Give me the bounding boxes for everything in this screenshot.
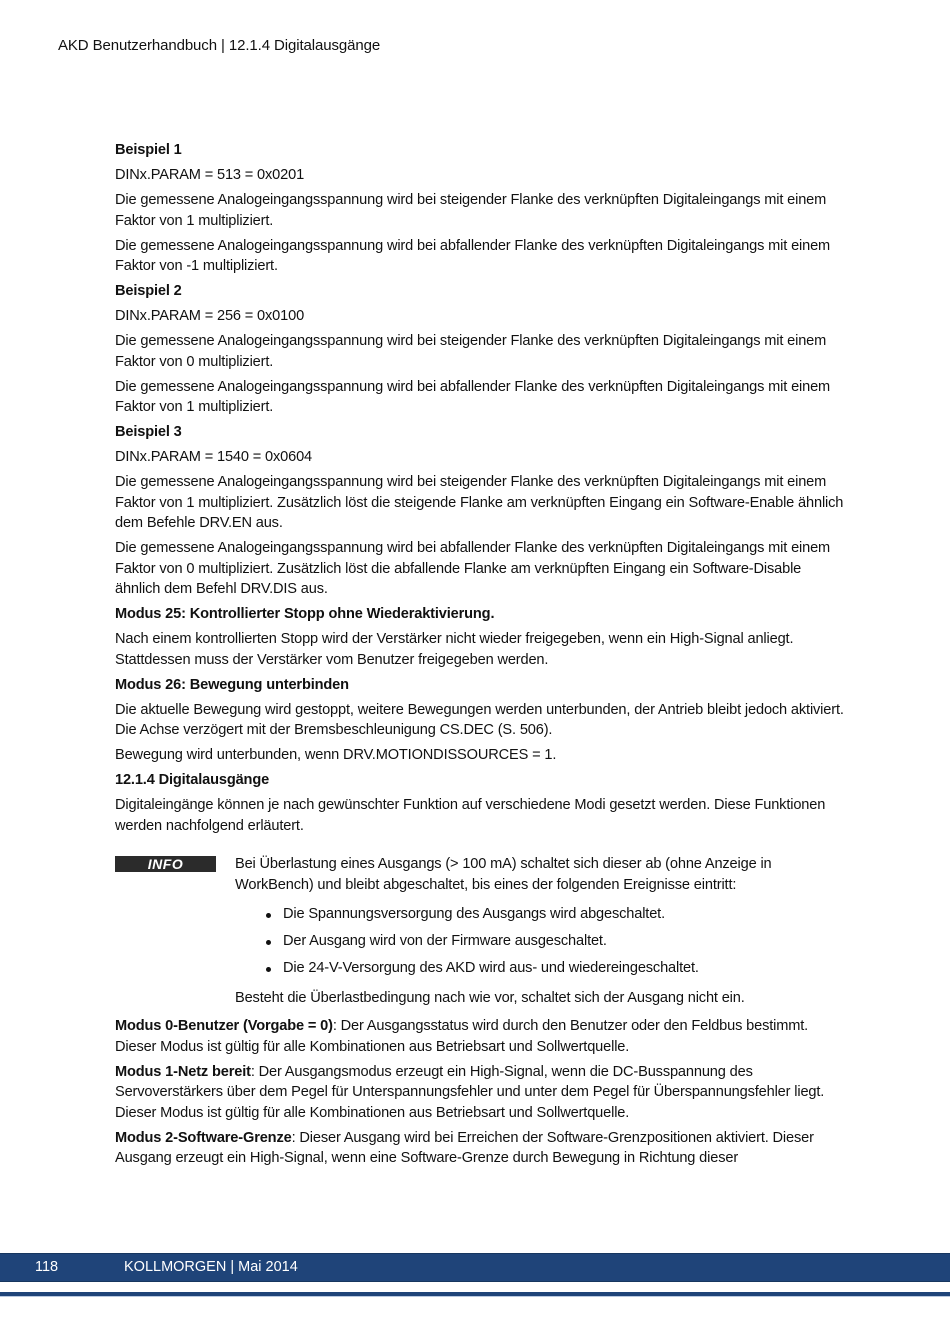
mode-25: Modus 25: Kontrollierter Stopp ohne Wied… (115, 604, 845, 670)
page-number: 118 (35, 1259, 58, 1275)
paragraph: Die gemessene Analogeingangsspannung wir… (115, 190, 845, 231)
mode-label: Modus 1-Netz bereit (115, 1064, 251, 1080)
info-text: Bei Überlastung eines Ausgangs (> 100 mA… (235, 854, 845, 895)
info-bullet-list: Die Spannungsversorgung des Ausgangs wir… (235, 904, 845, 979)
paragraph: Die gemessene Analogeingangsspannung wir… (115, 538, 845, 600)
list-item: Die 24-V-Versorgung des AKD wird aus- un… (263, 958, 845, 979)
mode-26: Modus 26: Bewegung unterbinden Die aktue… (115, 675, 845, 766)
output-mode-1: Modus 1-Netz bereit: Der Ausgangsmodus e… (115, 1062, 845, 1124)
section-heading: 12.1.4 Digitalausgänge (115, 770, 845, 791)
info-callout: INFO Bei Überlastung eines Ausgangs (> 1… (115, 854, 845, 1008)
example-title: Beispiel 1 (115, 140, 845, 161)
example-param: DINx.PARAM = 513 = 0x0201 (115, 165, 845, 186)
example-title: Beispiel 2 (115, 281, 845, 302)
info-badge: INFO (115, 856, 216, 872)
footer-divider (0, 1292, 950, 1297)
info-body: Bei Überlastung eines Ausgangs (> 100 mA… (235, 854, 845, 1008)
example-param: DINx.PARAM = 256 = 0x0100 (115, 306, 845, 327)
running-header: AKD Benutzerhandbuch | 12.1.4 Digitalaus… (58, 37, 380, 54)
mode-title: Modus 26: Bewegung unterbinden (115, 675, 845, 696)
footer-brand: KOLLMORGEN | Mai 2014 (124, 1259, 298, 1275)
paragraph: Bewegung wird unterbunden, wenn DRV.MOTI… (115, 745, 845, 766)
mode-label: Modus 0-Benutzer (Vorgabe = 0) (115, 1018, 333, 1034)
list-item: Der Ausgang wird von der Firmware ausges… (263, 931, 845, 952)
paragraph: Die gemessene Analogeingangsspannung wir… (115, 331, 845, 372)
mode-label: Modus 2-Software-Grenze (115, 1130, 292, 1146)
page-content: Beispiel 1 DINx.PARAM = 513 = 0x0201 Die… (115, 140, 845, 1173)
paragraph: Die aktuelle Bewegung wird gestoppt, wei… (115, 700, 845, 741)
footer-bar: 118 KOLLMORGEN | Mai 2014 (0, 1253, 950, 1282)
paragraph: Die gemessene Analogeingangsspannung wir… (115, 377, 845, 418)
example-param: DINx.PARAM = 1540 = 0x0604 (115, 447, 845, 468)
list-item: Die Spannungsversorgung des Ausgangs wir… (263, 904, 845, 925)
example-3: Beispiel 3 DINx.PARAM = 1540 = 0x0604 Di… (115, 422, 845, 600)
mode-title: Modus 25: Kontrollierter Stopp ohne Wied… (115, 604, 845, 625)
output-mode-0: Modus 0-Benutzer (Vorgabe = 0): Der Ausg… (115, 1016, 845, 1057)
paragraph: Die gemessene Analogeingangsspannung wir… (115, 472, 845, 534)
output-mode-2: Modus 2-Software-Grenze: Dieser Ausgang … (115, 1128, 845, 1169)
paragraph: Die gemessene Analogeingangsspannung wir… (115, 236, 845, 277)
section-intro: Digitaleingänge können je nach gewünscht… (115, 795, 845, 836)
example-1: Beispiel 1 DINx.PARAM = 513 = 0x0201 Die… (115, 140, 845, 277)
paragraph: Nach einem kontrollierten Stopp wird der… (115, 629, 845, 670)
example-2: Beispiel 2 DINx.PARAM = 256 = 0x0100 Die… (115, 281, 845, 418)
example-title: Beispiel 3 (115, 422, 845, 443)
info-after-text: Besteht die Überlastbedingung nach wie v… (235, 988, 845, 1009)
